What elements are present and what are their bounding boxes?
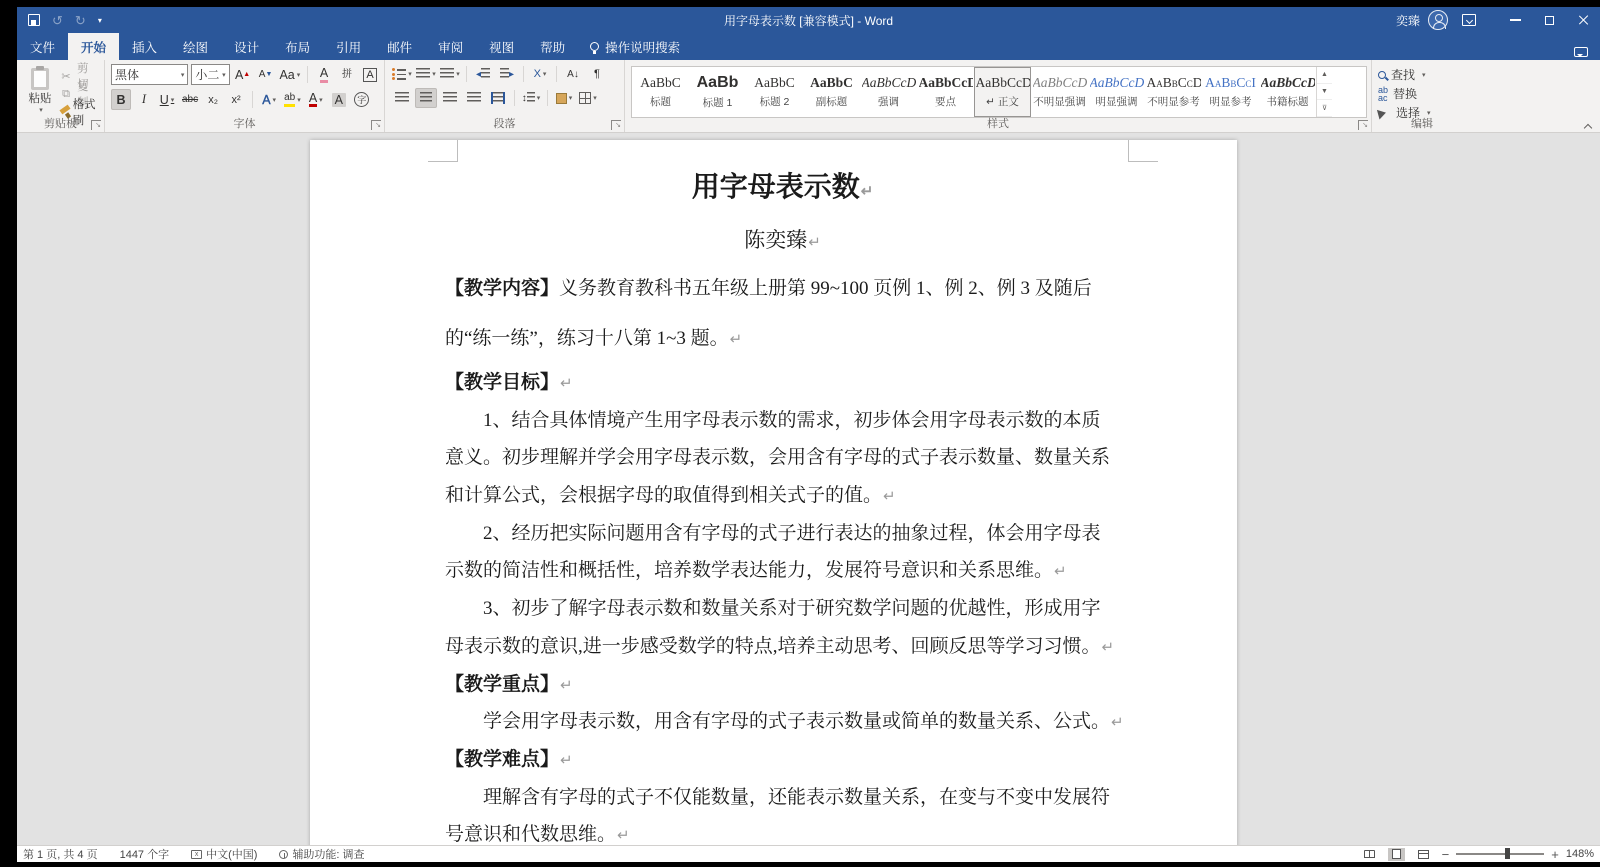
paragraph-group: ▾ ▾ ▾ ◂ ▸ X▾ A↓ ¶: [385, 60, 625, 132]
editing-group: 查找▾ abac替换 选择▾ 编辑: [1372, 60, 1472, 132]
page-indicator[interactable]: 第 1 页, 共 4 页: [23, 846, 98, 862]
zoom-in-icon[interactable]: +: [1551, 848, 1559, 861]
accessibility-icon: [279, 850, 288, 859]
styles-dialog-launcher[interactable]: ↘: [1358, 120, 1368, 130]
doc-line-0: 用字母表示数↵: [445, 158, 1120, 216]
tab-4[interactable]: 设计: [221, 33, 272, 60]
style-item-2[interactable]: AaBbC标题 2: [746, 67, 803, 117]
zoom-level[interactable]: 148%: [1566, 848, 1594, 860]
doc-line-8: 2、经历把实际问题用含有字母的式子进行表达的抽象过程，体会用字母表: [445, 515, 1120, 553]
collapse-ribbon-icon[interactable]: [1584, 122, 1592, 130]
read-mode-icon: [1364, 850, 1375, 858]
style-name: ↵ 正文: [986, 94, 1019, 109]
text-effects-button[interactable]: A▾: [259, 89, 279, 110]
style-preview: AaBbCcD: [919, 75, 973, 91]
ribbon-display-options-icon[interactable]: [1462, 14, 1476, 26]
cut-icon: ✂: [59, 70, 73, 83]
minimize-icon: [1510, 19, 1521, 21]
tab-10[interactable]: 帮助: [527, 33, 578, 60]
copy-icon: ⧉: [59, 88, 73, 101]
replace-icon: abac: [1378, 86, 1388, 102]
style-preview: AaBbC: [810, 75, 853, 91]
multilevel-list-button[interactable]: ▾: [439, 64, 461, 84]
styles-gallery: AaBbC标题AaBb标题 1AaBbC标题 2AaBbC副标题AaBbCcD强…: [632, 67, 1316, 117]
paragraph-mark: ↵: [1111, 715, 1124, 731]
web-layout-button[interactable]: [1415, 848, 1432, 861]
paragraph-mark: ↵: [808, 235, 821, 251]
style-preview: AaBbCcD: [1261, 75, 1315, 91]
style-name: 标题: [650, 94, 671, 109]
paragraph-mark: ↵: [1102, 640, 1115, 656]
style-preview: AaBbCcDd: [976, 75, 1030, 91]
numbering-button[interactable]: ▾: [415, 64, 437, 84]
font-size-dropdown-icon: ▾: [222, 71, 226, 79]
find-button[interactable]: 查找▾: [1378, 66, 1431, 83]
customize-qat-icon[interactable]: ▾: [98, 16, 102, 25]
paragraph-mark: ↵: [861, 183, 874, 200]
doc-line-10: 3、初步了解字母表示数和数量关系对于研究数学问题的优越性，形成用字: [445, 590, 1120, 628]
tab-6[interactable]: 引用: [323, 33, 374, 60]
paragraph-dialog-launcher[interactable]: ↘: [611, 120, 621, 130]
style-preview: AaBbC: [754, 75, 795, 91]
redo-icon[interactable]: ↻: [75, 14, 86, 27]
paragraph-mark: ↵: [560, 376, 573, 392]
superscript-button[interactable]: x²: [226, 89, 246, 110]
italic-button[interactable]: I: [134, 89, 154, 110]
asian-layout-button[interactable]: X▾: [529, 64, 551, 84]
title-bar: ↺ ↻ ▾ 用字母表示数 [兼容模式] - Word 奕臻: [17, 7, 1600, 33]
bullets-button[interactable]: ▾: [391, 64, 413, 84]
style-name: 明显参考: [1210, 94, 1252, 109]
paste-button[interactable]: 粘贴 ▾: [23, 64, 57, 116]
style-name: 标题 2: [760, 94, 790, 109]
shrink-font-button[interactable]: A▼: [256, 64, 276, 85]
sort-button[interactable]: A↓: [562, 64, 584, 84]
tell-me-search[interactable]: 操作说明搜索: [578, 33, 692, 60]
style-name: 明显强调: [1096, 94, 1138, 109]
change-case-button[interactable]: Aa▾: [279, 64, 302, 85]
paragraph-group-label: 段落: [385, 115, 624, 131]
style-item-11[interactable]: AaBbCcD书籍标题: [1259, 67, 1316, 117]
doc-line-7: 和计算公式，会根据字母的取值得到相关式子的值。↵: [445, 477, 1120, 515]
shading-button[interactable]: ▾: [553, 88, 575, 108]
tab-file[interactable]: 文件: [17, 33, 68, 60]
show-marks-button[interactable]: ¶: [586, 64, 608, 84]
document-area[interactable]: 用字母表示数↵陈奕臻↵【教学内容】义务教育教科书五年级上册第 99~100 页例…: [17, 133, 1600, 845]
restore-button[interactable]: [1532, 7, 1566, 33]
minimize-button[interactable]: [1498, 7, 1532, 33]
style-item-5[interactable]: AaBbCcD要点: [917, 67, 974, 117]
status-bar: 第 1 页, 共 4 页 1447 个字 x中文(中国) 辅助功能: 调查 − …: [17, 845, 1600, 862]
font-group-label: 字体: [105, 115, 384, 131]
style-item-9[interactable]: AaBbCcD不明显参考: [1145, 67, 1202, 117]
doc-line-9: 示数的简洁性和概括性，培养数学表达能力，发展符号意识和关系思维。↵: [445, 552, 1120, 590]
document-content[interactable]: 用字母表示数↵陈奕臻↵【教学内容】义务教育教科书五年级上册第 99~100 页例…: [310, 140, 1120, 845]
subscript-button[interactable]: x₂: [203, 89, 223, 110]
paragraph-mark: ↵: [1054, 564, 1067, 580]
style-item-7[interactable]: AaBbCcD不明显强调: [1031, 67, 1088, 117]
doc-line-16: 号意识和代数思维。↵: [445, 816, 1120, 845]
restore-icon: [1545, 16, 1554, 25]
margin-mark-top-right: [1128, 140, 1158, 162]
style-item-3[interactable]: AaBbC副标题: [803, 67, 860, 117]
doc-line-1: 陈奕臻↵: [445, 216, 1120, 264]
doc-line-3: 的“练一练”，练习十八第 1~3 题。↵: [445, 314, 1120, 364]
style-item-1[interactable]: AaBb标题 1: [689, 67, 746, 117]
styles-scroll-down-icon[interactable]: ▼: [1317, 84, 1332, 101]
style-name: 书籍标题: [1267, 94, 1309, 109]
phonetic-guide-button[interactable]: 拼: [337, 64, 357, 85]
increase-indent-button[interactable]: ▸: [496, 64, 518, 84]
paragraph-mark: ↵: [883, 489, 896, 505]
quick-access-toolbar: ↺ ↻ ▾: [17, 14, 102, 27]
paragraph-mark: ↵: [560, 753, 573, 769]
window-title: 用字母表示数 [兼容模式] - Word: [17, 12, 1600, 29]
enclose-characters-button[interactable]: 字: [352, 89, 372, 110]
underline-button[interactable]: U▾: [157, 89, 177, 110]
doc-line-14: 【教学难点】↵: [445, 741, 1120, 779]
accessibility-indicator[interactable]: 辅助功能: 调查: [279, 846, 364, 862]
tab-1[interactable]: 开始: [68, 33, 119, 60]
style-preview: AaBbC: [640, 75, 681, 91]
style-item-0[interactable]: AaBbC标题: [632, 67, 689, 117]
tab-2[interactable]: 插入: [119, 33, 170, 60]
replace-button[interactable]: abac替换: [1378, 85, 1431, 102]
justify-button[interactable]: [463, 88, 485, 108]
paragraph-mark: ↵: [560, 678, 573, 694]
save-icon[interactable]: [28, 14, 40, 26]
font-color-button[interactable]: A▾: [306, 89, 326, 110]
style-item-10[interactable]: AaBbCcI明显参考: [1202, 67, 1259, 117]
undo-icon[interactable]: ↺: [52, 14, 63, 27]
styles-group-label: 样式: [625, 115, 1371, 131]
tell-me-label: 操作说明搜索: [605, 38, 680, 56]
style-item-8[interactable]: AaBbCcD明显强调: [1088, 67, 1145, 117]
web-layout-icon: [1418, 850, 1429, 859]
borders-button[interactable]: ▾: [577, 88, 599, 108]
paragraph-mark: ↵: [730, 332, 743, 348]
spellcheck-icon: x: [191, 850, 202, 859]
style-preview: AaBbCcD: [862, 75, 916, 91]
document-page[interactable]: 用字母表示数↵陈奕臻↵【教学内容】义务教育教科书五年级上册第 99~100 页例…: [310, 140, 1237, 845]
editing-group-label: 编辑: [1372, 115, 1472, 131]
zoom-control: − + 148%: [1442, 848, 1594, 861]
zoom-slider-thumb[interactable]: [1505, 848, 1510, 859]
doc-line-5: 1、结合具体情境产生用字母表示数的需求，初步体会用字母表示数的本质: [445, 402, 1120, 440]
word-window: ↺ ↻ ▾ 用字母表示数 [兼容模式] - Word 奕臻 文件开始插入绘图设计…: [17, 7, 1600, 862]
doc-line-6: 意义。初步理解并学会用字母表示数，会用含有字母的式子表示数量、数量关系: [445, 439, 1120, 477]
clipboard-dialog-launcher[interactable]: ↘: [91, 120, 101, 130]
ribbon: 粘贴 ▾ ✂剪切 ⧉复制 格式刷 剪贴板 ↘ 黑体▾ 小二▾ A▲ A▼ Aa▾: [17, 60, 1600, 133]
style-name: 副标题: [816, 94, 848, 109]
paste-icon: [31, 68, 49, 90]
clipboard-group: 粘贴 ▾ ✂剪切 ⧉复制 格式刷 剪贴板 ↘: [17, 60, 105, 132]
style-item-6[interactable]: AaBbCcDd↵ 正文: [974, 67, 1031, 117]
read-mode-button[interactable]: [1361, 848, 1378, 861]
align-center-button[interactable]: [415, 88, 437, 108]
grow-font-button[interactable]: A▲: [233, 64, 253, 85]
doc-line-15: 理解含有字母的式子不仅能数量，还能表示数量关系，在变与不变中发展符: [445, 779, 1120, 817]
ribbon-tabs: 文件开始插入绘图设计布局引用邮件审阅视图帮助: [17, 33, 578, 60]
style-preview: AaBb: [697, 74, 739, 92]
doc-line-13: 学会用字母表示数，用含有字母的式子表示数量或简单的数量关系、公式。↵: [445, 703, 1120, 741]
style-name: 不明显参考: [1147, 94, 1200, 109]
highlight-color-button[interactable]: ab▾: [282, 89, 303, 110]
styles-group: AaBbC标题AaBb标题 1AaBbC标题 2AaBbC副标题AaBbCcD强…: [625, 60, 1372, 132]
tab-3[interactable]: 绘图: [170, 33, 221, 60]
align-left-button[interactable]: [391, 88, 413, 108]
print-layout-button[interactable]: [1388, 848, 1405, 861]
doc-line-4: 【教学目标】↵: [445, 364, 1120, 402]
style-preview: AaBbCcI: [1205, 75, 1256, 91]
avatar[interactable]: [1428, 10, 1448, 30]
comments-icon[interactable]: [1574, 47, 1588, 57]
zoom-slider[interactable]: [1456, 853, 1544, 855]
character-border-button[interactable]: A: [360, 64, 380, 85]
character-shading-button[interactable]: A: [329, 89, 349, 110]
style-name: 标题 1: [703, 95, 733, 110]
bold-button[interactable]: B: [111, 89, 131, 110]
style-item-4[interactable]: AaBbCcD强调: [860, 67, 917, 117]
margin-mark-top-left: [428, 140, 458, 162]
font-dialog-launcher[interactable]: ↘: [371, 120, 381, 130]
tab-8[interactable]: 审阅: [425, 33, 476, 60]
decrease-indent-button[interactable]: ◂: [472, 64, 494, 84]
search-icon: [1378, 71, 1386, 79]
ribbon-tab-row: 文件开始插入绘图设计布局引用邮件审阅视图帮助 操作说明搜索: [17, 33, 1600, 60]
close-icon: [1577, 14, 1589, 26]
align-right-button[interactable]: [439, 88, 461, 108]
paragraph-mark: ↵: [617, 828, 630, 844]
distribute-button[interactable]: [487, 88, 509, 108]
doc-line-12: 【教学重点】↵: [445, 666, 1120, 704]
word-count[interactable]: 1447 个字: [120, 846, 170, 862]
doc-line-2: 【教学内容】义务教育教科书五年级上册第 99~100 页例 1、例 2、例 3 …: [445, 264, 1120, 314]
close-button[interactable]: [1566, 7, 1600, 33]
line-spacing-button[interactable]: ↕▾: [520, 88, 542, 108]
language-indicator[interactable]: x中文(中国): [191, 846, 257, 862]
style-name: 不明显强调: [1033, 94, 1086, 109]
style-preview: AaBbCcD: [1090, 75, 1144, 91]
styles-gallery-scroll: ▲ ▼ ⊽: [1316, 67, 1332, 117]
lightbulb-icon: [590, 42, 599, 51]
styles-scroll-up-icon[interactable]: ▲: [1317, 67, 1332, 84]
font-group: 黑体▾ 小二▾ A▲ A▼ Aa▾ A 拼 A B I U▾ abc x₂ x²: [105, 60, 385, 132]
tab-7[interactable]: 邮件: [374, 33, 425, 60]
tab-9[interactable]: 视图: [476, 33, 527, 60]
style-preview: AaBbCcD: [1147, 75, 1201, 91]
paste-dropdown-icon: ▾: [39, 106, 43, 114]
font-name-dropdown-icon: ▾: [181, 71, 185, 79]
zoom-out-icon[interactable]: −: [1442, 848, 1450, 861]
tab-5[interactable]: 布局: [272, 33, 323, 60]
doc-line-11: 母表示数的意识,进一步感受数学的特点,培养主动思考、回顾反思等学习习惯。↵: [445, 628, 1120, 666]
strikethrough-button[interactable]: abc: [180, 89, 200, 110]
style-preview: AaBbCcD: [1033, 75, 1087, 91]
user-name[interactable]: 奕臻: [1396, 12, 1420, 29]
style-name: 要点: [935, 94, 956, 109]
font-size-select[interactable]: 小二▾: [191, 64, 229, 85]
font-name-select[interactable]: 黑体▾: [111, 64, 188, 85]
clear-formatting-button[interactable]: A: [314, 64, 334, 85]
print-layout-icon: [1392, 849, 1401, 859]
style-name: 强调: [878, 94, 899, 109]
